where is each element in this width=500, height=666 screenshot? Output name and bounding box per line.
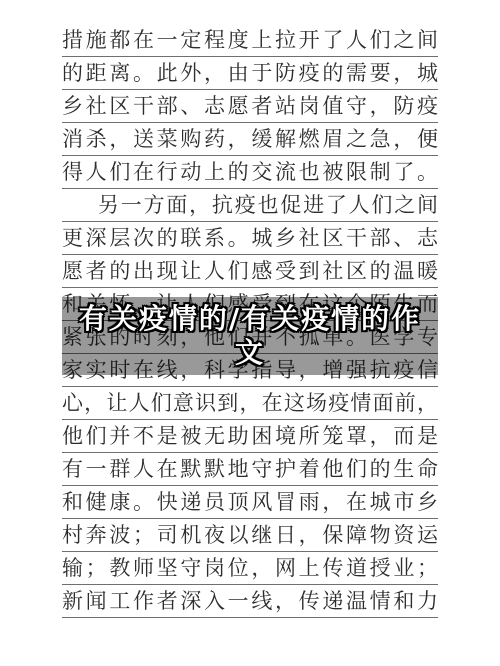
essay-line: 新闻工作者深入一线，传递温情和力 bbox=[62, 585, 438, 618]
essay-line: 的距离。此外，由于防疫的需要，城 bbox=[62, 57, 438, 90]
essay-line: 得人们在行动上的交流也被限制了。 bbox=[62, 156, 438, 189]
watermark-title-overlay: 有关疫情的/有关疫情的作文 bbox=[62, 297, 438, 375]
handwritten-essay-page: 措施都在一定程度上拉开了人们之间 的距离。此外，由于防疫的需要，城 乡社区干部、… bbox=[0, 0, 500, 666]
essay-line: 更深层次的联系。城乡社区干部、志 bbox=[62, 222, 438, 255]
essay-line: 愿者的出现让人们感受到社区的温暖 bbox=[62, 255, 438, 288]
watermark-title: 有关疫情的/有关疫情的作文 bbox=[68, 302, 432, 370]
essay-line: 村奔波；司机夜以继日，保障物资运 bbox=[62, 519, 438, 552]
essay-line: 消杀，送菜购药，缓解燃眉之急，便 bbox=[62, 123, 438, 156]
essay-line-paragraph-start: 另一方面，抗疫也促进了人们之间 bbox=[62, 189, 438, 222]
essay-line: 和健康。快递员顶风冒雨，在城市乡 bbox=[62, 486, 438, 519]
essay-line: 乡社区干部、志愿者站岗值守，防疫 bbox=[62, 90, 438, 123]
essay-line: 措施都在一定程度上拉开了人们之间 bbox=[62, 24, 438, 57]
essay-line: 有一群人在默默地守护着他们的生命 bbox=[62, 453, 438, 486]
essay-line: 心，让人们意识到，在这场疫情面前， bbox=[62, 387, 438, 420]
essay-line: 他们并不是被无助困境所笼罩，而是 bbox=[62, 420, 438, 453]
essay-line: 输；教师坚守岗位，网上传道授业； bbox=[62, 552, 438, 585]
